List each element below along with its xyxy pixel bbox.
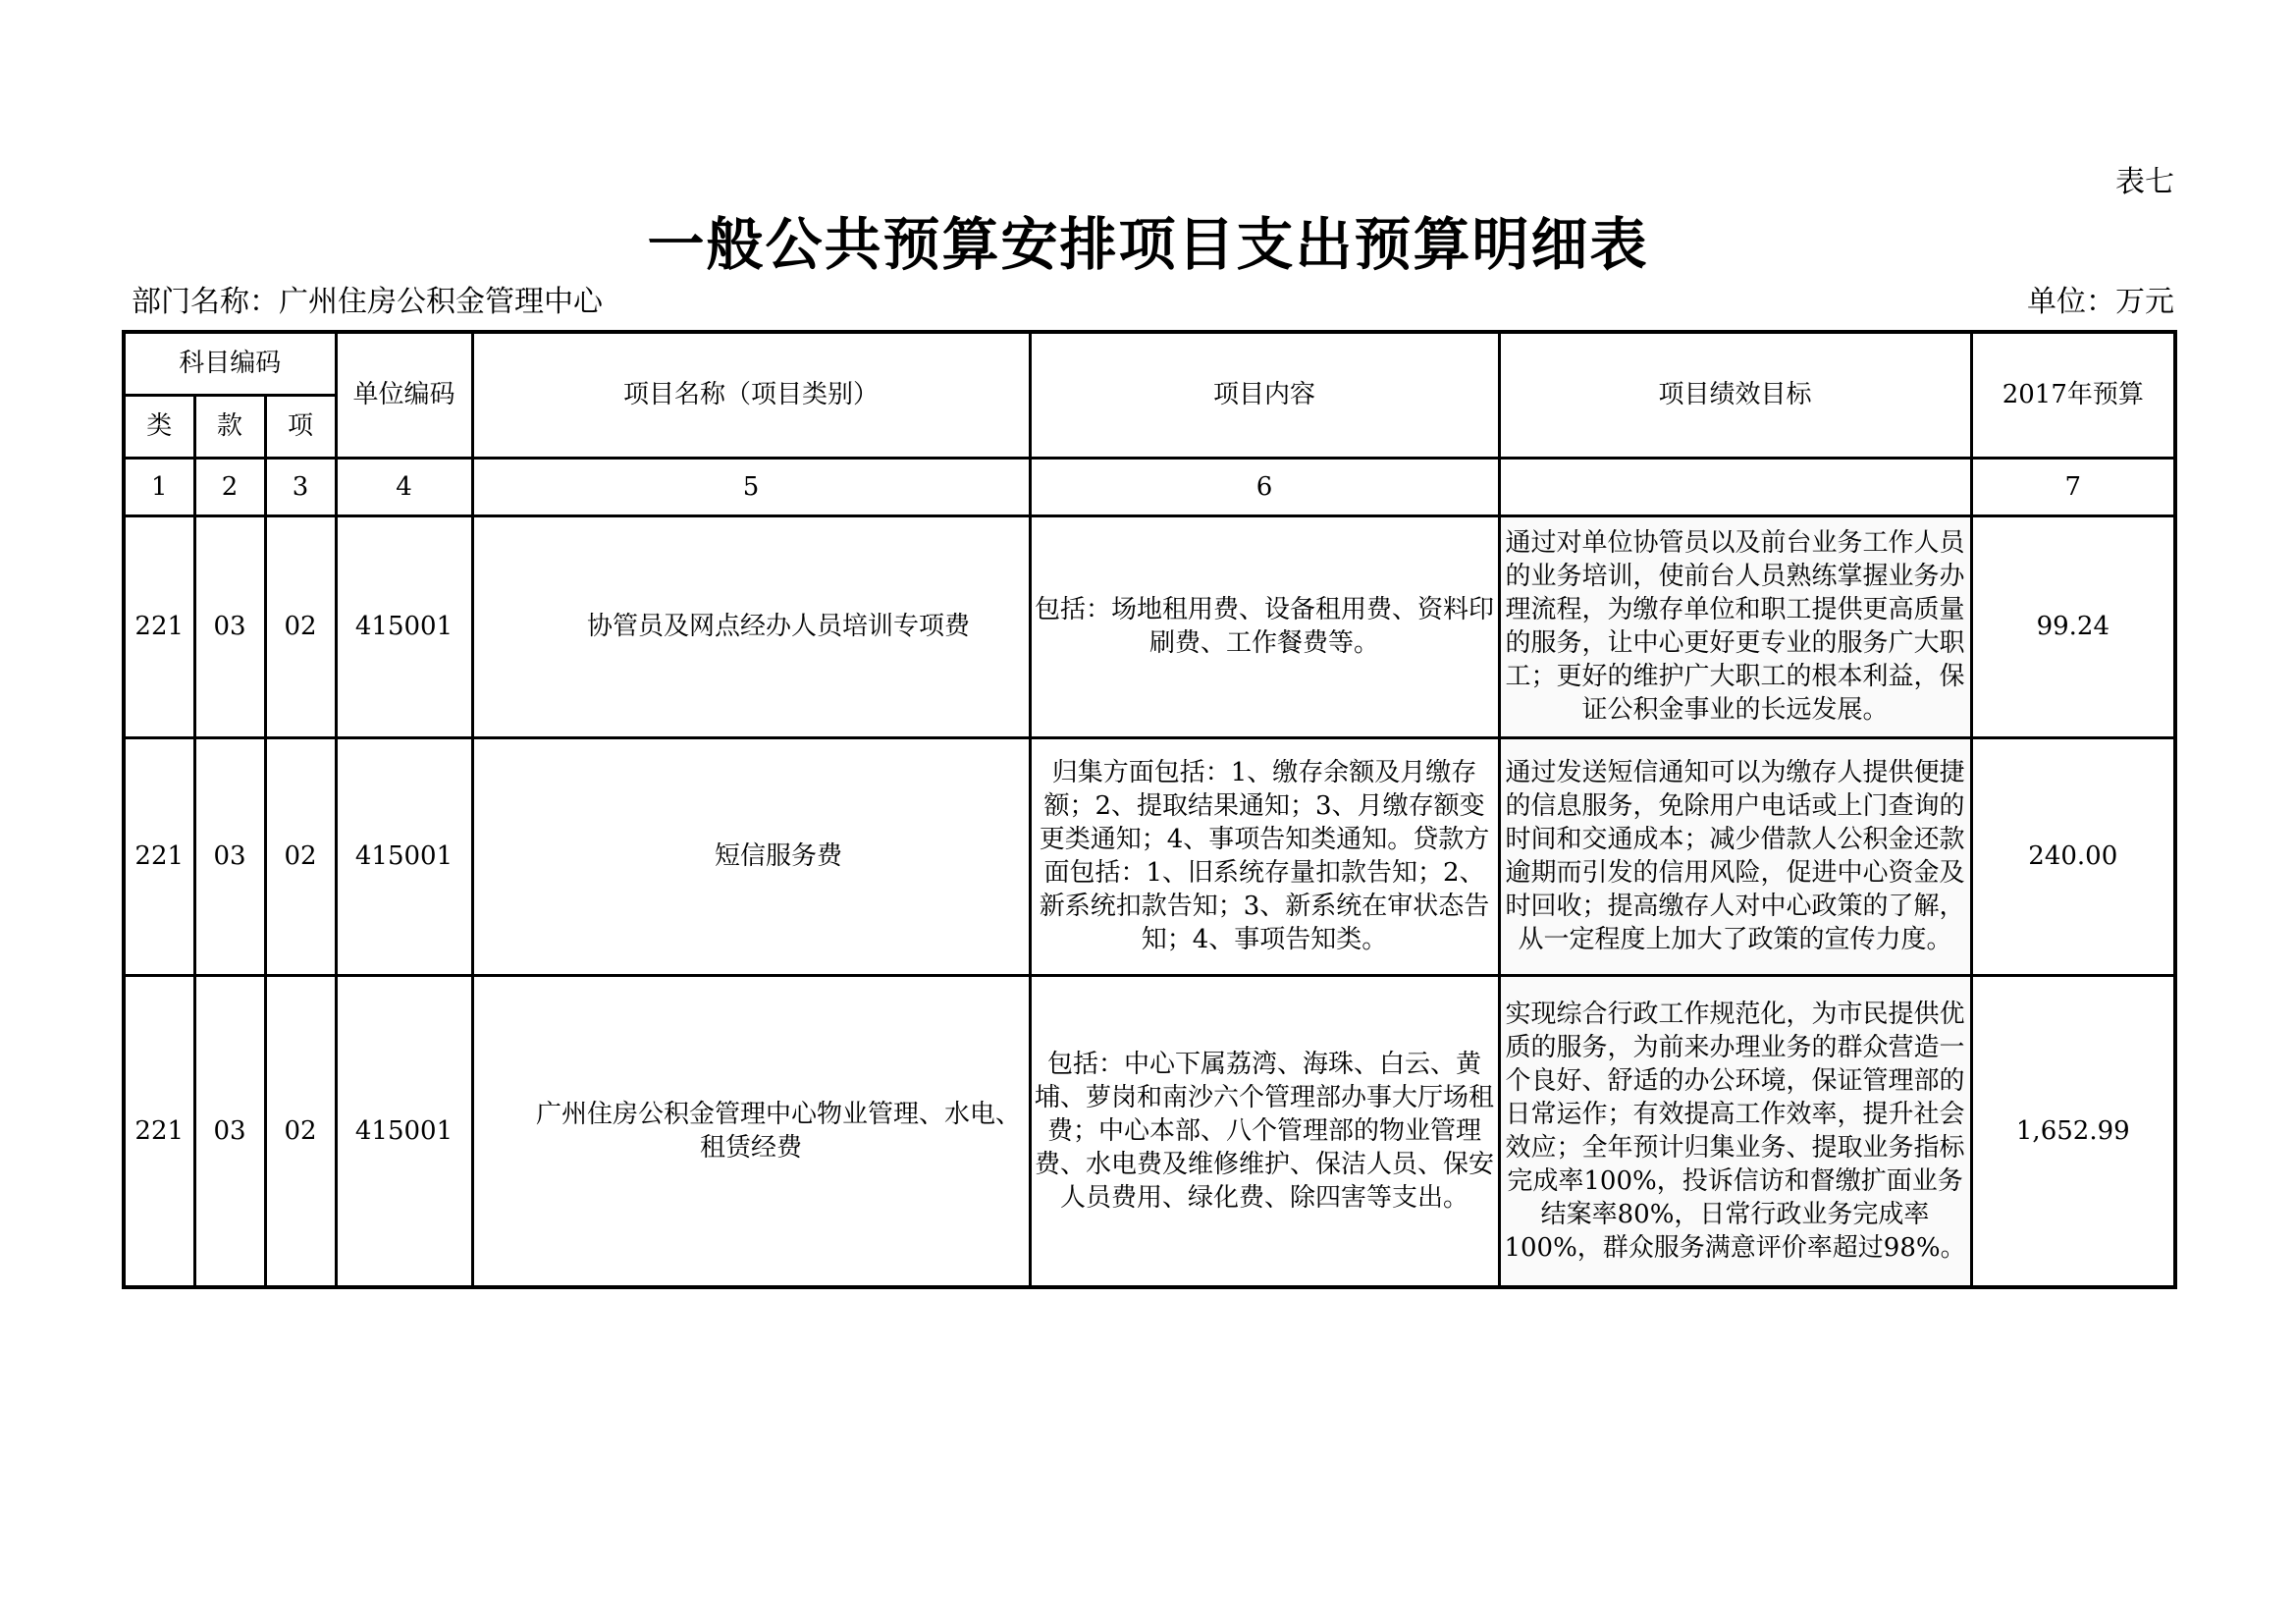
header-performance-target: 项目绩效目标: [1499, 332, 1971, 458]
table-number: 表七: [2115, 163, 2174, 202]
cell-budget-2017: 1,652.99: [1971, 975, 2175, 1287]
header-kuan: 款: [194, 395, 265, 458]
cell-kuan: 03: [194, 515, 265, 737]
page-title: 一般公共预算安排项目支出预算明细表: [0, 210, 2296, 279]
column-number: [1499, 458, 1971, 515]
cell-project-content: 归集方面包括：1、缴存余额及月缴存额；2、提取结果通知；3、月缴存额变更类通知；…: [1030, 737, 1499, 975]
cell-project-content: 包括：场地租用费、设备租用费、资料印刷费、工作餐费等。: [1030, 515, 1499, 737]
cell-performance-target: 实现综合行政工作规范化，为市民提供优质的服务，为前来办理业务的群众营造一个良好、…: [1499, 975, 1971, 1287]
cell-kuan: 03: [194, 737, 265, 975]
header-project-content: 项目内容: [1030, 332, 1499, 458]
project-name-text: 广州住房公积金管理中心物业管理、水电、租赁经费: [536, 1100, 1021, 1163]
budget-table: 科目编码 单位编码 项目名称（项目类别） 项目内容 项目绩效目标 2017年预算…: [122, 330, 2177, 1289]
cell-xiang: 02: [265, 975, 336, 1287]
cell-project-name: 协管员及网点经办人员培训专项费: [472, 515, 1030, 737]
column-number: 2: [194, 458, 265, 515]
project-name-text: 协管员及网点经办人员培训专项费: [587, 612, 970, 641]
header-unit-code: 单位编码: [336, 332, 472, 458]
unit-label: 单位：万元: [2027, 283, 2174, 322]
cell-performance-target: 通过对单位协管员以及前台业务工作人员的业务培训，使前台人员熟练掌握业务办理流程，…: [1499, 515, 1971, 737]
header-subject-code: 科目编码: [124, 332, 336, 395]
column-number: 6: [1030, 458, 1499, 515]
cell-project-content: 包括：中心下属荔湾、海珠、白云、黄埔、萝岗和南沙六个管理部办事大厅场租费；中心本…: [1030, 975, 1499, 1287]
table-row: 221 03 02 415001 广州住房公积金管理中心物业管理、水电、租赁经费…: [124, 975, 2175, 1287]
cell-lei: 221: [124, 737, 194, 975]
cell-kuan: 03: [194, 975, 265, 1287]
project-name-text: 短信服务费: [715, 841, 842, 871]
cell-performance-target: 通过发送短信通知可以为缴存人提供便捷的信息服务，免除用户电话或上门查询的时间和交…: [1499, 737, 1971, 975]
cell-unit-code: 415001: [336, 515, 472, 737]
column-number: 1: [124, 458, 194, 515]
header-lei: 类: [124, 395, 194, 458]
table-row: 221 03 02 415001 短信服务费 归集方面包括：1、缴存余额及月缴存…: [124, 737, 2175, 975]
column-number: 7: [1971, 458, 2175, 515]
cell-project-name: 短信服务费: [472, 737, 1030, 975]
column-number: 3: [265, 458, 336, 515]
header-xiang: 项: [265, 395, 336, 458]
table-row: 221 03 02 415001 协管员及网点经办人员培训专项费 包括：场地租用…: [124, 515, 2175, 737]
department-label: 部门名称：广州住房公积金管理中心: [132, 283, 603, 322]
cell-xiang: 02: [265, 515, 336, 737]
cell-budget-2017: 99.24: [1971, 515, 2175, 737]
cell-unit-code: 415001: [336, 737, 472, 975]
cell-budget-2017: 240.00: [1971, 737, 2175, 975]
cell-project-name: 广州住房公积金管理中心物业管理、水电、租赁经费: [472, 975, 1030, 1287]
column-number-row: 1 2 3 4 5 6 7: [124, 458, 2175, 515]
cell-unit-code: 415001: [336, 975, 472, 1287]
cell-xiang: 02: [265, 737, 336, 975]
header-project-name: 项目名称（项目类别）: [472, 332, 1030, 458]
column-number: 4: [336, 458, 472, 515]
header-budget-2017: 2017年预算: [1971, 332, 2175, 458]
column-number: 5: [472, 458, 1030, 515]
cell-lei: 221: [124, 975, 194, 1287]
cell-lei: 221: [124, 515, 194, 737]
